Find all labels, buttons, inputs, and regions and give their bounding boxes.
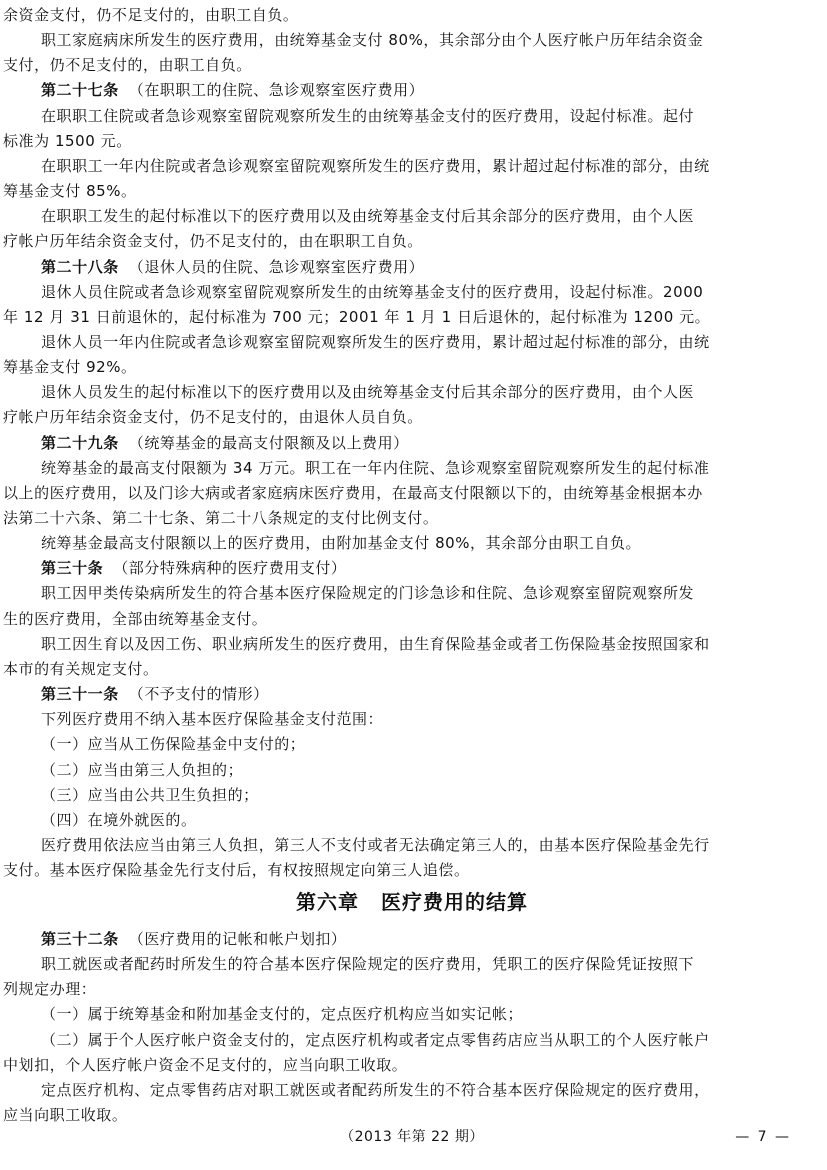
article-subtitle: （部分特殊病种的医疗费用支付） [113, 559, 346, 577]
article-number: 第二十八条 [41, 258, 119, 276]
article-heading: 第三十一条（不予支付的情形） [3, 681, 827, 707]
article-subtitle: （医疗费用的记帐和帐户划扣） [129, 930, 347, 948]
article-subtitle: （退休人员的住院、急诊观察室医疗费用） [129, 258, 424, 276]
text-line: 筹基金支付 92%。 [3, 354, 821, 380]
text-line: 定点医疗机构、定点零售药店对职工就医或者配药所发生的不符合基本医疗保险规定的医疗… [3, 1077, 827, 1103]
article-number: 第三十二条 [41, 930, 119, 948]
article-heading: 第二十七条（在职职工的住院、急诊观察室医疗费用） [3, 77, 827, 103]
text-line: 退休人员住院或者急诊观察室留院观察所发生的由统筹基金支付的医疗费用，设起付标准。… [3, 279, 827, 305]
text-line: （三）应当由公共卫生负担的； [3, 782, 827, 808]
text-line: 退休人员发生的起付标准以下的医疗费用以及由统筹基金支付后其余部分的医疗费用，由个… [3, 379, 827, 405]
text-line: 以上的医疗费用，以及门诊大病或者家庭病床医疗费用，在最高支付限额以下的，由统筹基… [3, 480, 821, 506]
text-line: （二）应当由第三人负担的； [3, 757, 827, 783]
text-line: 本市的有关规定支付。 [3, 656, 821, 682]
text-line: 年 12 月 31 日前退休的，起付标准为 700 元；2001 年 1 月 1… [3, 304, 821, 330]
text-line: 应当向职工收取。 [3, 1102, 821, 1128]
article-subtitle: （统筹基金的最高支付限额及以上费用） [129, 434, 409, 452]
text-line: 职工因甲类传染病所发生的符合基本医疗保险规定的门诊急诊和住院、急诊观察室留院观察… [3, 580, 827, 606]
article-number: 第二十七条 [41, 81, 119, 99]
page-number: — 7 — [735, 1126, 791, 1148]
text-line: 标准为 1500 元。 [3, 128, 821, 154]
text-line: 中划扣，个人医疗帐户资金不足支付的，应当向职工收取。 [3, 1052, 821, 1078]
text-line: （一）应当从工伤保险基金中支付的； [3, 731, 827, 757]
text-line: 支付。基本医疗保险基金先行支付后，有权按照规定向第三人追偿。 [3, 857, 821, 883]
text-line: （一）属于统筹基金和附加基金支付的，定点医疗机构应当如实记帐； [3, 1001, 827, 1027]
text-line: 在职职工一年内住院或者急诊观察室留院观察所发生的医疗费用，累计超过起付标准的部分… [3, 153, 827, 179]
text-line: 支付，仍不足支付的，由职工自负。 [3, 52, 821, 78]
chapter-heading: 第六章医疗费用的结算 [3, 886, 821, 918]
text-line: 法第二十六条、第二十七条、第二十八条规定的支付比例支付。 [3, 505, 821, 531]
article-subtitle: （不予支付的情形） [129, 685, 269, 703]
text-line: 生的医疗费用，全部由统筹基金支付。 [3, 606, 821, 632]
article-heading: 第二十八条（退休人员的住院、急诊观察室医疗费用） [3, 254, 827, 280]
text-line: 在职职工发生的起付标准以下的医疗费用以及由统筹基金支付后其余部分的医疗费用，由个… [3, 203, 827, 229]
article-heading: 第三十条（部分特殊病种的医疗费用支付） [3, 555, 827, 581]
text-line: （二）属于个人医疗帐户资金支付的，定点医疗机构或者定点零售药店应当从职工的个人医… [3, 1027, 827, 1053]
article-number: 第三十一条 [41, 685, 119, 703]
text-line: 职工就医或者配药时所发生的符合基本医疗保险规定的医疗费用，凭职工的医疗保险凭证按… [3, 951, 827, 977]
article-number: 第二十九条 [41, 434, 119, 452]
article-subtitle: （在职职工的住院、急诊观察室医疗费用） [129, 81, 424, 99]
article-heading: 第二十九条（统筹基金的最高支付限额及以上费用） [3, 430, 827, 456]
text-line: 余资金支付，仍不足支付的，由职工自负。 [3, 2, 821, 28]
issue-label: （2013 年第 22 期） [3, 1126, 821, 1148]
text-line: 筹基金支付 85%。 [3, 178, 821, 204]
text-line: 统筹基金的最高支付限额为 34 万元。职工在一年内住院、急诊观察室留院观察所发生… [3, 455, 827, 481]
chapter-number: 第六章 [296, 890, 359, 914]
text-line: 统筹基金最高支付限额以上的医疗费用，由附加基金支付 80%，其余部分由职工自负。 [3, 530, 827, 556]
text-line: 退休人员一年内住院或者急诊观察室留院观察所发生的医疗费用，累计超过起付标准的部分… [3, 329, 827, 355]
text-line: 疗帐户历年结余资金支付，仍不足支付的，由退休人员自负。 [3, 404, 821, 430]
text-line: 疗帐户历年结余资金支付，仍不足支付的，由在职职工自负。 [3, 228, 821, 254]
text-line: （四）在境外就医的。 [3, 807, 827, 833]
text-line: 职工因生育以及因工伤、职业病所发生的医疗费用，由生育保险基金或者工伤保险基金按照… [3, 631, 827, 657]
article-number: 第三十条 [41, 559, 103, 577]
article-heading: 第三十二条（医疗费用的记帐和帐户划扣） [3, 926, 827, 952]
chapter-title: 医疗费用的结算 [381, 890, 528, 914]
text-line: 列规定办理： [3, 976, 821, 1002]
text-line: 医疗费用依法应当由第三人负担，第三人不支付或者无法确定第三人的，由基本医疗保险基… [3, 832, 827, 858]
text-line: 职工家庭病床所发生的医疗费用，由统筹基金支付 80%，其余部分由个人医疗帐户历年… [3, 27, 827, 53]
text-line: 下列医疗费用不纳入基本医疗保险基金支付范围： [3, 706, 827, 732]
text-line: 在职职工住院或者急诊观察室留院观察所发生的由统筹基金支付的医疗费用，设起付标准。… [3, 103, 827, 129]
